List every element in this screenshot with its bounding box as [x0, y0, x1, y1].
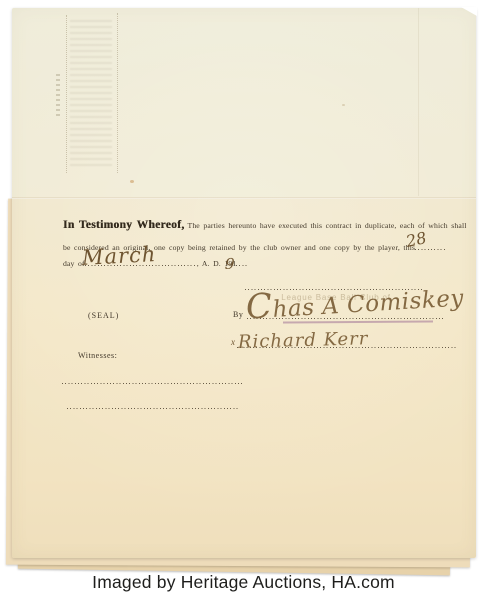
witness-dotted-line-1	[62, 383, 243, 384]
testimony-heading: In Testimony Whereof,	[63, 219, 184, 231]
testimony-line-1-text: The parties hereunto have executed this …	[187, 221, 466, 230]
witnesses-label: Witnesses:	[78, 351, 117, 360]
auction-watermark-caption: Imaged by Heritage Auctions, HA.com	[0, 572, 487, 593]
by-label: By	[233, 310, 243, 319]
bleedthrough-ghost-text	[70, 20, 112, 168]
horizontal-fold-crease	[12, 197, 476, 199]
age-speck	[130, 180, 134, 183]
seal-label: (SEAL)	[88, 311, 119, 320]
vertical-crease	[418, 8, 419, 196]
age-speck	[342, 104, 345, 106]
witness-dotted-line-2	[67, 408, 239, 409]
blank-year-dotted	[236, 258, 248, 266]
bleedthrough-rule-left	[66, 15, 68, 173]
screenshot-root: { "caption": "Imaged by Heritage Auction…	[0, 0, 487, 600]
contract-page: In Testimony Whereof,The parties hereunt…	[12, 8, 476, 558]
bleedthrough-ghost-text-small	[56, 74, 60, 118]
player-x-mark: x	[231, 337, 235, 347]
testimony-line-1: In Testimony Whereof,The parties hereunt…	[63, 220, 447, 231]
bleedthrough-rule-right	[117, 13, 119, 173]
signature-initial: C	[245, 286, 274, 328]
handwritten-year-digit: 9	[224, 255, 235, 274]
handwritten-month: March	[81, 242, 157, 270]
signature-player: Richard Kerr	[238, 328, 369, 352]
